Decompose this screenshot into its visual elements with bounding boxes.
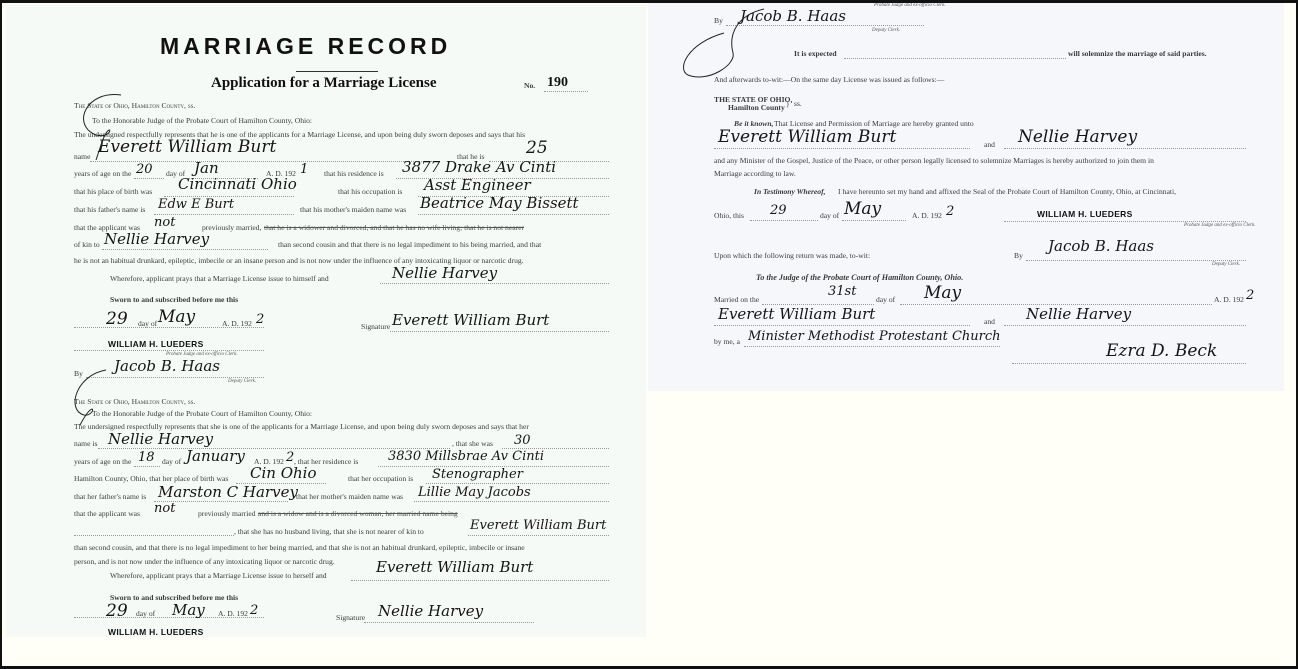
groom-signature: Everett William Burt [392, 311, 549, 329]
bride-husband-text: , that she has no husband living, that s… [234, 527, 424, 536]
bride-that-she-was-label: , that she was [452, 439, 493, 448]
deputy-signature: Jacob B. Haas [740, 7, 846, 25]
bride-to-judge: To the Honorable Judge of the Probate Co… [92, 409, 312, 418]
bride-wherefore-name: Everett William Burt [376, 558, 533, 576]
married-day-of-label: day of [876, 295, 895, 304]
law-text: Marriage according to law. [714, 169, 796, 178]
license-year: 2 [946, 204, 954, 219]
groom-occupation-label: that his occupation is [338, 187, 402, 196]
return-bride-name: Nellie Harvey [1026, 305, 1131, 323]
bride-sworn-month: May [172, 601, 205, 619]
bride-person-text: person, and is not now under the influen… [74, 557, 335, 566]
bride-judge-stamp: WILLIAM H. LUEDERS [108, 627, 204, 637]
groom-father-name: Edw E Burt [158, 197, 234, 212]
bride-mother-label: that her mother's maiden name was [296, 492, 403, 501]
license-groom-name: Everett William Burt [718, 127, 896, 147]
groom-occupation: Asst Engineer [424, 176, 531, 194]
bride-sworn-year: 2 [250, 603, 258, 618]
bride-age: 30 [514, 433, 531, 448]
brace-icon: } [786, 99, 790, 108]
married-on-label: Married on the [714, 295, 759, 304]
groom-residence: 3877 Drake Av Cinti [402, 158, 556, 176]
bride-sworn-day-label: day of [136, 609, 155, 618]
groom-state-line: The State of Ohio, Hamilton County, ss. [74, 101, 195, 110]
groom-signature-label: Signature [361, 322, 390, 331]
groom-kin-name: Nellie Harvey [104, 230, 209, 248]
bride-struck-text: and is a widow and is a divorced woman, … [258, 509, 458, 518]
license-bride-name: Nellie Harvey [1018, 127, 1137, 147]
groom-deputy-caption: Deputy Clerk. [228, 379, 256, 384]
officiant-signature: Ezra D. Beck [1106, 341, 1217, 361]
groom-ad-year: 1 [300, 162, 308, 177]
bride-sworn-day: 29 [106, 601, 128, 621]
bride-sworn-ad-label: A. D. 192 [218, 609, 248, 618]
bride-birth-day: 18 [138, 450, 155, 465]
minister-text: and any Minister of the Gospel, Justice … [714, 156, 1154, 165]
application-page: MARRIAGE RECORD Application for a Marria… [6, 5, 646, 637]
groom-deputy-signature: Jacob B. Haas [114, 357, 220, 375]
bride-kin-name: Everett William Burt [470, 518, 606, 533]
testimony-text: I have hereunto set my hand and affixed … [838, 187, 1176, 196]
groom-sworn-day: 29 [106, 309, 128, 329]
bride-occupation: Stenographer [432, 467, 523, 482]
deputy-caption: Deputy Clerk. [872, 28, 900, 33]
groom-sworn-text: Sworn to and subscribed before me this [110, 295, 238, 304]
groom-judge-stamp: WILLIAM H. LUEDERS [108, 339, 204, 349]
license-day-of-label: day of [820, 211, 839, 220]
document-title: MARRIAGE RECORD [160, 33, 451, 60]
license-judge-stamp: WILLIAM H. LUEDERS [1037, 209, 1133, 219]
groom-mother-name: Beatrice May Bissett [420, 194, 579, 212]
groom-father-label: that his father's name is [74, 205, 145, 214]
bride-previously-married: not [154, 501, 175, 516]
groom-name-label: name [74, 152, 90, 161]
groom-years-label: years of age on the [74, 169, 131, 178]
groom-name: Everett William Burt [98, 137, 276, 157]
ohio-this-label: Ohio, this [714, 211, 744, 220]
license-deputy-caption: Deputy Clerk. [1212, 262, 1240, 267]
bride-signature: Nellie Harvey [378, 602, 483, 620]
bride-name-label: name is [74, 439, 97, 448]
bride-father-name: Marston C Harvey [158, 483, 298, 501]
bride-father-label: that her father's name is [74, 492, 146, 501]
groom-struck-text: that he is a widower and divorced, and t… [264, 223, 524, 232]
by-label: By [714, 16, 723, 25]
bride-birth-place-label: Hamilton County, Ohio, that her place of… [74, 474, 228, 483]
record-number-label: No. [524, 81, 535, 90]
bride-applicant-label: that the applicant was [74, 509, 140, 518]
by-me-label: by me, a [714, 337, 740, 346]
groom-kin-text: than second cousin and that there is no … [278, 240, 541, 249]
testimony-bold: In Testimony Whereof, [754, 187, 826, 196]
groom-by-label: By [74, 369, 83, 378]
and-label: and [984, 140, 995, 149]
groom-sworn-ad-label: A. D. 192 [222, 319, 252, 328]
record-number: 190 [547, 75, 568, 91]
groom-age: 25 [526, 138, 548, 158]
bride-day-of-label: day of [162, 457, 181, 466]
groom-residence-label: that his residence is [324, 169, 384, 178]
bride-occupation-label: that her occupation is [348, 474, 413, 483]
ss-label: ss. [794, 99, 802, 108]
return-groom-name: Everett William Burt [718, 305, 875, 323]
license-judge-caption: Probate Judge and ex-officio Clerk. [1184, 223, 1256, 228]
groom-birth-place-label: that his place of birth was [74, 187, 152, 196]
officiant-title: Minister Methodist Protestant Church [748, 329, 1001, 344]
license-page: Probate Judge and ex-officio Clerk. By J… [648, 3, 1284, 391]
top-judge-caption: Probate Judge and ex-officio Clerk. [874, 3, 946, 8]
afterwards-text: And afterwards to-wit:—On the same day L… [714, 75, 944, 84]
bride-residence: 3830 Millsbrae Av Cinti [388, 449, 544, 464]
return-to-judge: To the Judge of the Probate Court of Ham… [756, 273, 963, 282]
groom-previously-text: previously married, [202, 223, 261, 232]
bride-years-label: years of age on the [74, 457, 131, 466]
groom-kin-label: of kin to [74, 240, 100, 249]
bride-mother-name: Lillie May Jacobs [418, 485, 531, 500]
bride-state-line: The State of Ohio, Hamilton County, ss. [74, 397, 195, 406]
license-ad-label: A. D. 192 [912, 211, 942, 220]
married-ad-label: A. D. 192 [1214, 295, 1244, 304]
document-subtitle: Application for a Marriage License [211, 75, 437, 92]
groom-mother-label: that his mother's maiden name was [300, 205, 406, 214]
bride-name: Nellie Harvey [108, 430, 213, 448]
married-year: 2 [1246, 288, 1254, 303]
groom-to-judge: To the Honorable Judge of the Probate Co… [92, 116, 312, 125]
married-month: May [924, 283, 961, 303]
title-underline [296, 71, 378, 72]
license-month: May [844, 199, 881, 219]
expected-label: It is expected [794, 49, 837, 58]
license-deputy-signature: Jacob B. Haas [1048, 237, 1154, 255]
by2-label: By [1014, 251, 1023, 260]
groom-sworn-year: 2 [256, 312, 264, 327]
groom-previously-married: not [154, 215, 175, 230]
expected-tail: will solemnize the marriage of said part… [1068, 49, 1207, 58]
groom-wherefore-text: Wherefore, applicant prays that a Marria… [110, 274, 329, 283]
return-text: Upon which the following return was made… [714, 251, 870, 260]
bride-cousin-text: than second cousin, and that there is no… [74, 543, 525, 552]
bride-previously-text: previously married [198, 509, 256, 518]
groom-wherefore-name: Nellie Harvey [392, 264, 497, 282]
married-day: 31st [828, 284, 856, 299]
groom-birth-place: Cincinnati Ohio [178, 175, 297, 193]
bride-birth-place: Cin Ohio [250, 464, 317, 482]
license-county-line: Hamilton County [728, 103, 785, 112]
bride-birth-month: January [186, 447, 245, 465]
license-day: 29 [770, 203, 787, 218]
bride-wherefore-text: Wherefore, applicant prays that a Marria… [110, 571, 327, 580]
return-and-label: and [984, 317, 995, 326]
groom-birth-day: 20 [136, 162, 153, 177]
groom-sworn-day-label: day of [138, 319, 157, 328]
bride-signature-label: Signature [336, 613, 365, 622]
groom-sworn-month: May [158, 307, 195, 327]
